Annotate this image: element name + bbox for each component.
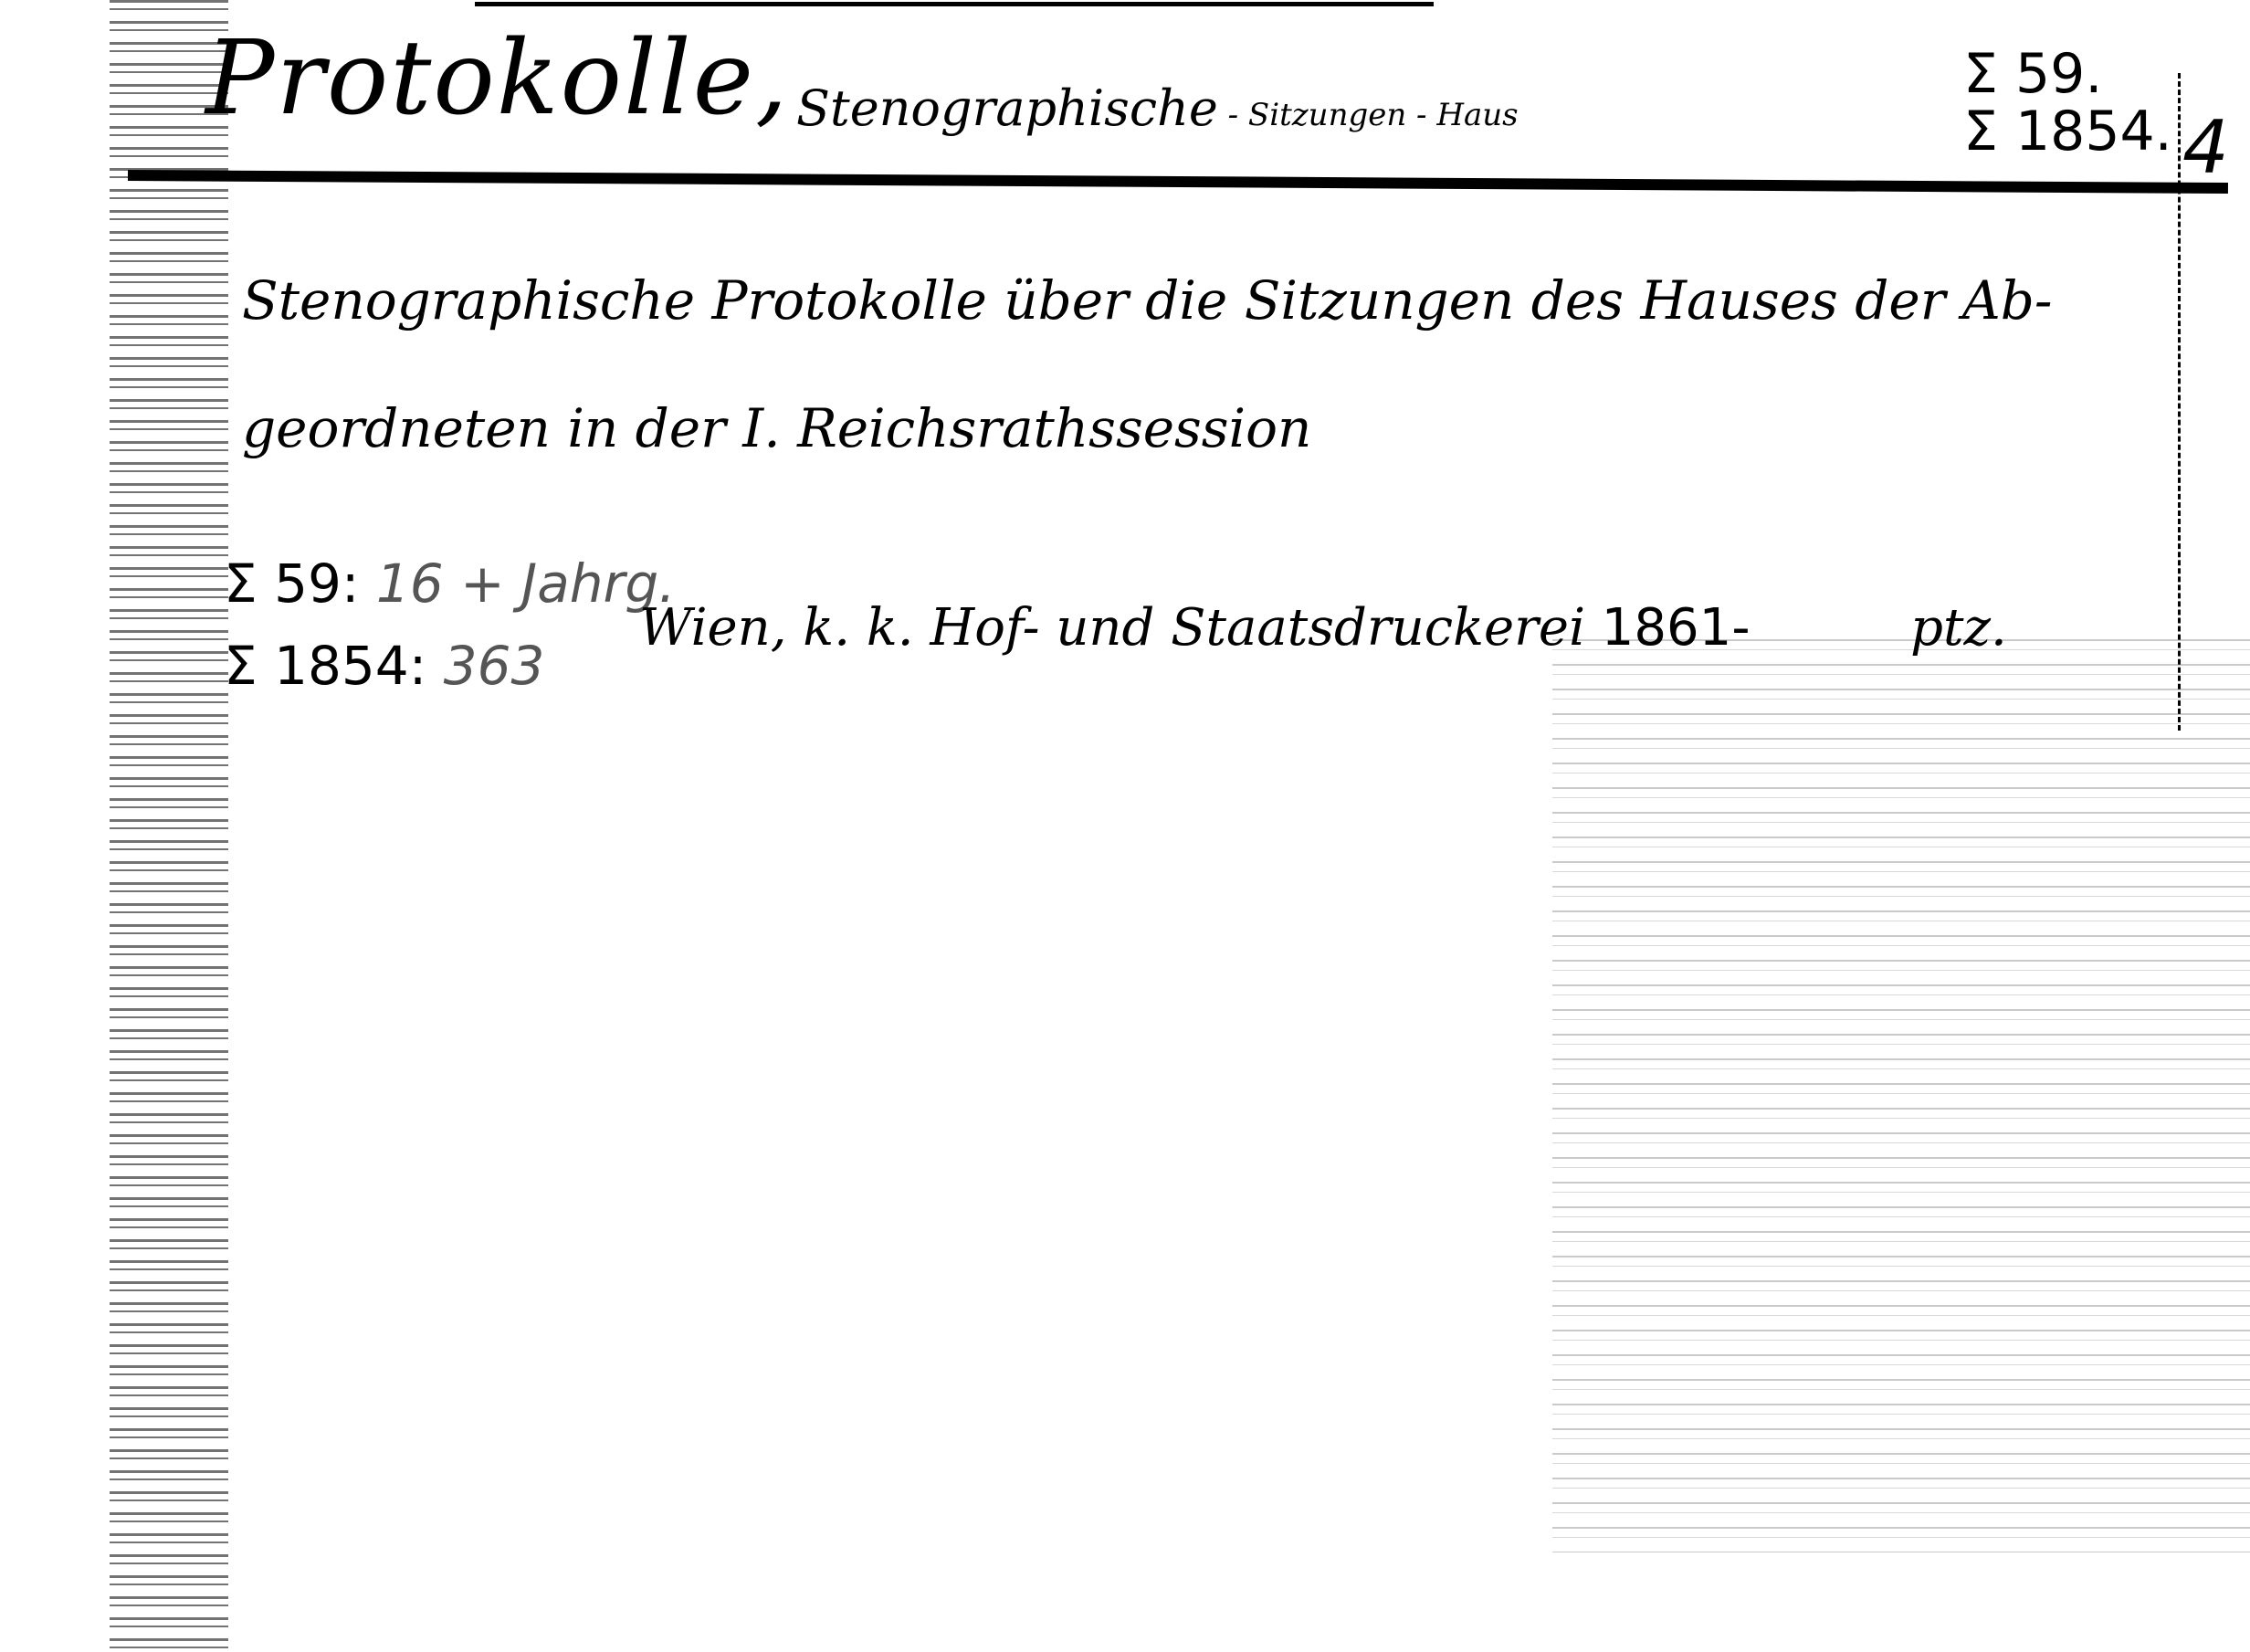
signature-line-1: Σ 59. bbox=[1963, 46, 2172, 103]
scan-noise-right bbox=[1552, 639, 2250, 1552]
subtitle-main: Stenographische bbox=[796, 79, 1218, 137]
holding-ref-2-note: 363 bbox=[444, 635, 545, 697]
holding-ref-1-note: 16 + Jahrg. bbox=[376, 552, 676, 615]
description-line-1: Stenographische Protokolle über die Sitz… bbox=[242, 274, 2052, 327]
catalog-card: Protokolle, Stenographische - Sitzungen … bbox=[0, 0, 2250, 1652]
top-rule bbox=[475, 2, 1434, 6]
subtitle-rest: - Sitzungen - Haus bbox=[1218, 97, 1519, 133]
imprint-note: ptz. bbox=[1910, 598, 2007, 658]
holding-ref-2-signature: Σ 1854: bbox=[224, 635, 426, 697]
imprint-place-printer: Wien, k. k. Hof- und Staatsdruckerei bbox=[639, 598, 1585, 658]
card-heading-subtitle: Stenographische - Sitzungen - Haus bbox=[796, 84, 1519, 133]
holding-ref-1: Σ 59: 16 + Jahrg. bbox=[224, 557, 676, 610]
imprint-year: 1861- bbox=[1602, 598, 1751, 658]
signature-line-2: Σ 1854. bbox=[1963, 103, 2172, 161]
shelf-signature: Σ 59. Σ 1854. 4 bbox=[1963, 46, 2172, 161]
description-line-2: geordneten in der I. Reichsrathssession bbox=[242, 402, 1311, 455]
sheet-number: 4 bbox=[2182, 110, 2229, 186]
scan-noise-left-edge bbox=[110, 0, 228, 1652]
header-rule bbox=[128, 170, 2228, 194]
card-heading-title: Protokolle, bbox=[205, 27, 790, 130]
holding-ref-1-signature: Σ 59: bbox=[224, 552, 359, 615]
holding-ref-2: Σ 1854: 363 bbox=[224, 639, 544, 692]
imprint-line: Wien, k. k. Hof- und Staatsdruckerei 186… bbox=[639, 603, 2007, 654]
